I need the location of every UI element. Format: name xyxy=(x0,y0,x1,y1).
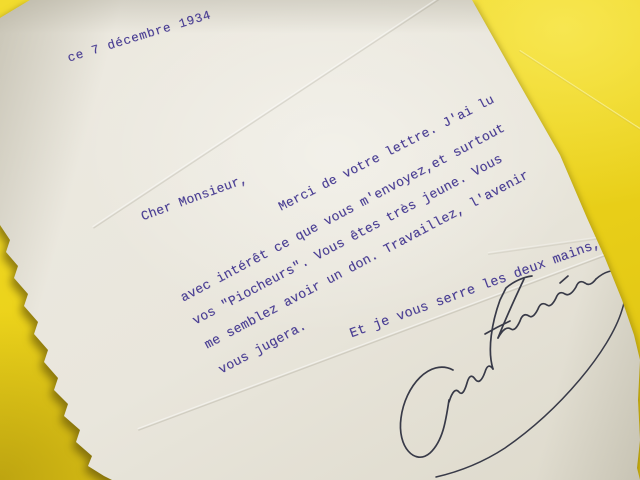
letter-paper: ce 7 décembre 1934 Cher Monsieur, Merci … xyxy=(0,0,640,480)
letter-photograph: ce 7 décembre 1934 Cher Monsieur, Merci … xyxy=(0,0,640,480)
salutation-line: Cher Monsieur, xyxy=(139,172,249,224)
date-line: ce 7 décembre 1934 xyxy=(66,8,213,65)
letter-paper-shadow: ce 7 décembre 1934 Cher Monsieur, Merci … xyxy=(0,0,640,480)
handwritten-signature xyxy=(378,228,640,480)
paper-crease-vertical xyxy=(0,0,3,114)
